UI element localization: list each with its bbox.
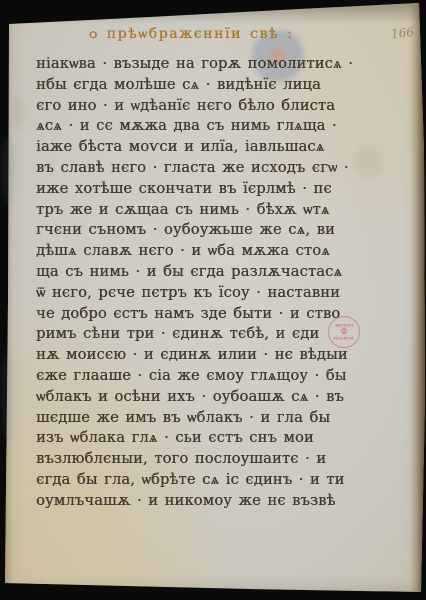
manuscript-line: ніакѡва · възыде на горѫ помолитисѧ · [36,54,392,75]
manuscript-line: нбы єгда молѣше сѧ · видѣнїє лица [36,75,392,96]
manuscript-line: оумлъчашѫ · и никомоу же нє възвѣ [36,491,392,512]
manuscript-line: шєдше же имъ въ ѡблакъ · и гла бы [36,408,392,429]
manuscript-line: єго ино · и ѡдѣанїє нєго бѣло блиста [36,96,392,117]
manuscript-line: ща съ нимь · и бы єгда разлѫчастасѧ [36,262,392,283]
margin-smudge [14,96,21,130]
manuscript-line: въ славѣ нєго · гласта же исходъ єгѡ · [36,158,392,179]
manuscript-line: ѿ нєго, рєче пєтръ къ їсоу · наставни [36,283,392,304]
manuscript-line: ѡблакъ и осѣни ихъ · оубоашѫ сѧ · въ [36,387,392,408]
manuscript-line: изъ ѡблака глѧ · сьи єстъ снъ мои [36,428,392,449]
text-block: ніакѡва · възыде на горѫ помолитисѧ · нб… [36,54,392,512]
stamp-text-top: BRITISH [335,324,353,327]
manuscript-line: гчєни съномъ · оубоужьше же сѧ, ви [36,220,392,241]
manuscript-line: іаже бѣста моѵси и илїа, іавльшасѧ [36,137,392,158]
manuscript-line: иже хотѣше скончати въ їєрлмѣ · пє [36,179,392,200]
margin-smudge [1,352,12,438]
manuscript-line: дѣшѧ славѫ нєго · и ѡба мѫжа стоѧ [36,241,392,262]
rubric-title: ѻ прѣѡбражєннїи свѣ : [89,26,293,43]
folio-number: 166 [390,25,414,41]
crown-icon: ♔ [340,328,348,336]
manuscript-line: възлюблєныи, того послоушаитє · и [36,449,392,470]
manuscript-line: тръ же и сѫщаа съ нимь · бѣхѫ ѡтѧ [36,200,392,221]
manuscript-line: єже глааше · сіа же ємоу глѧщоу · бы [36,366,392,387]
manuscript-line: нѫ моисєю · и єдинѫ илии · нє вѣдыи [36,345,392,366]
manuscript-line: єгда бы гла, ѡбрѣте сѧ іс єдинъ · и ти [36,470,392,491]
manuscript-photo: ѻ прѣѡбражєннїи свѣ : 166 ніакѡва · възы… [0,0,426,600]
manuscript-line: ѧсѧ · и сє мѫжа два съ нимь глѧща · [36,116,392,137]
british-museum-stamp: BRITISH ♔ MUSEUM [328,316,360,348]
margin-smudge [2,138,15,202]
stamp-text-bottom: MUSEUM [334,337,354,340]
